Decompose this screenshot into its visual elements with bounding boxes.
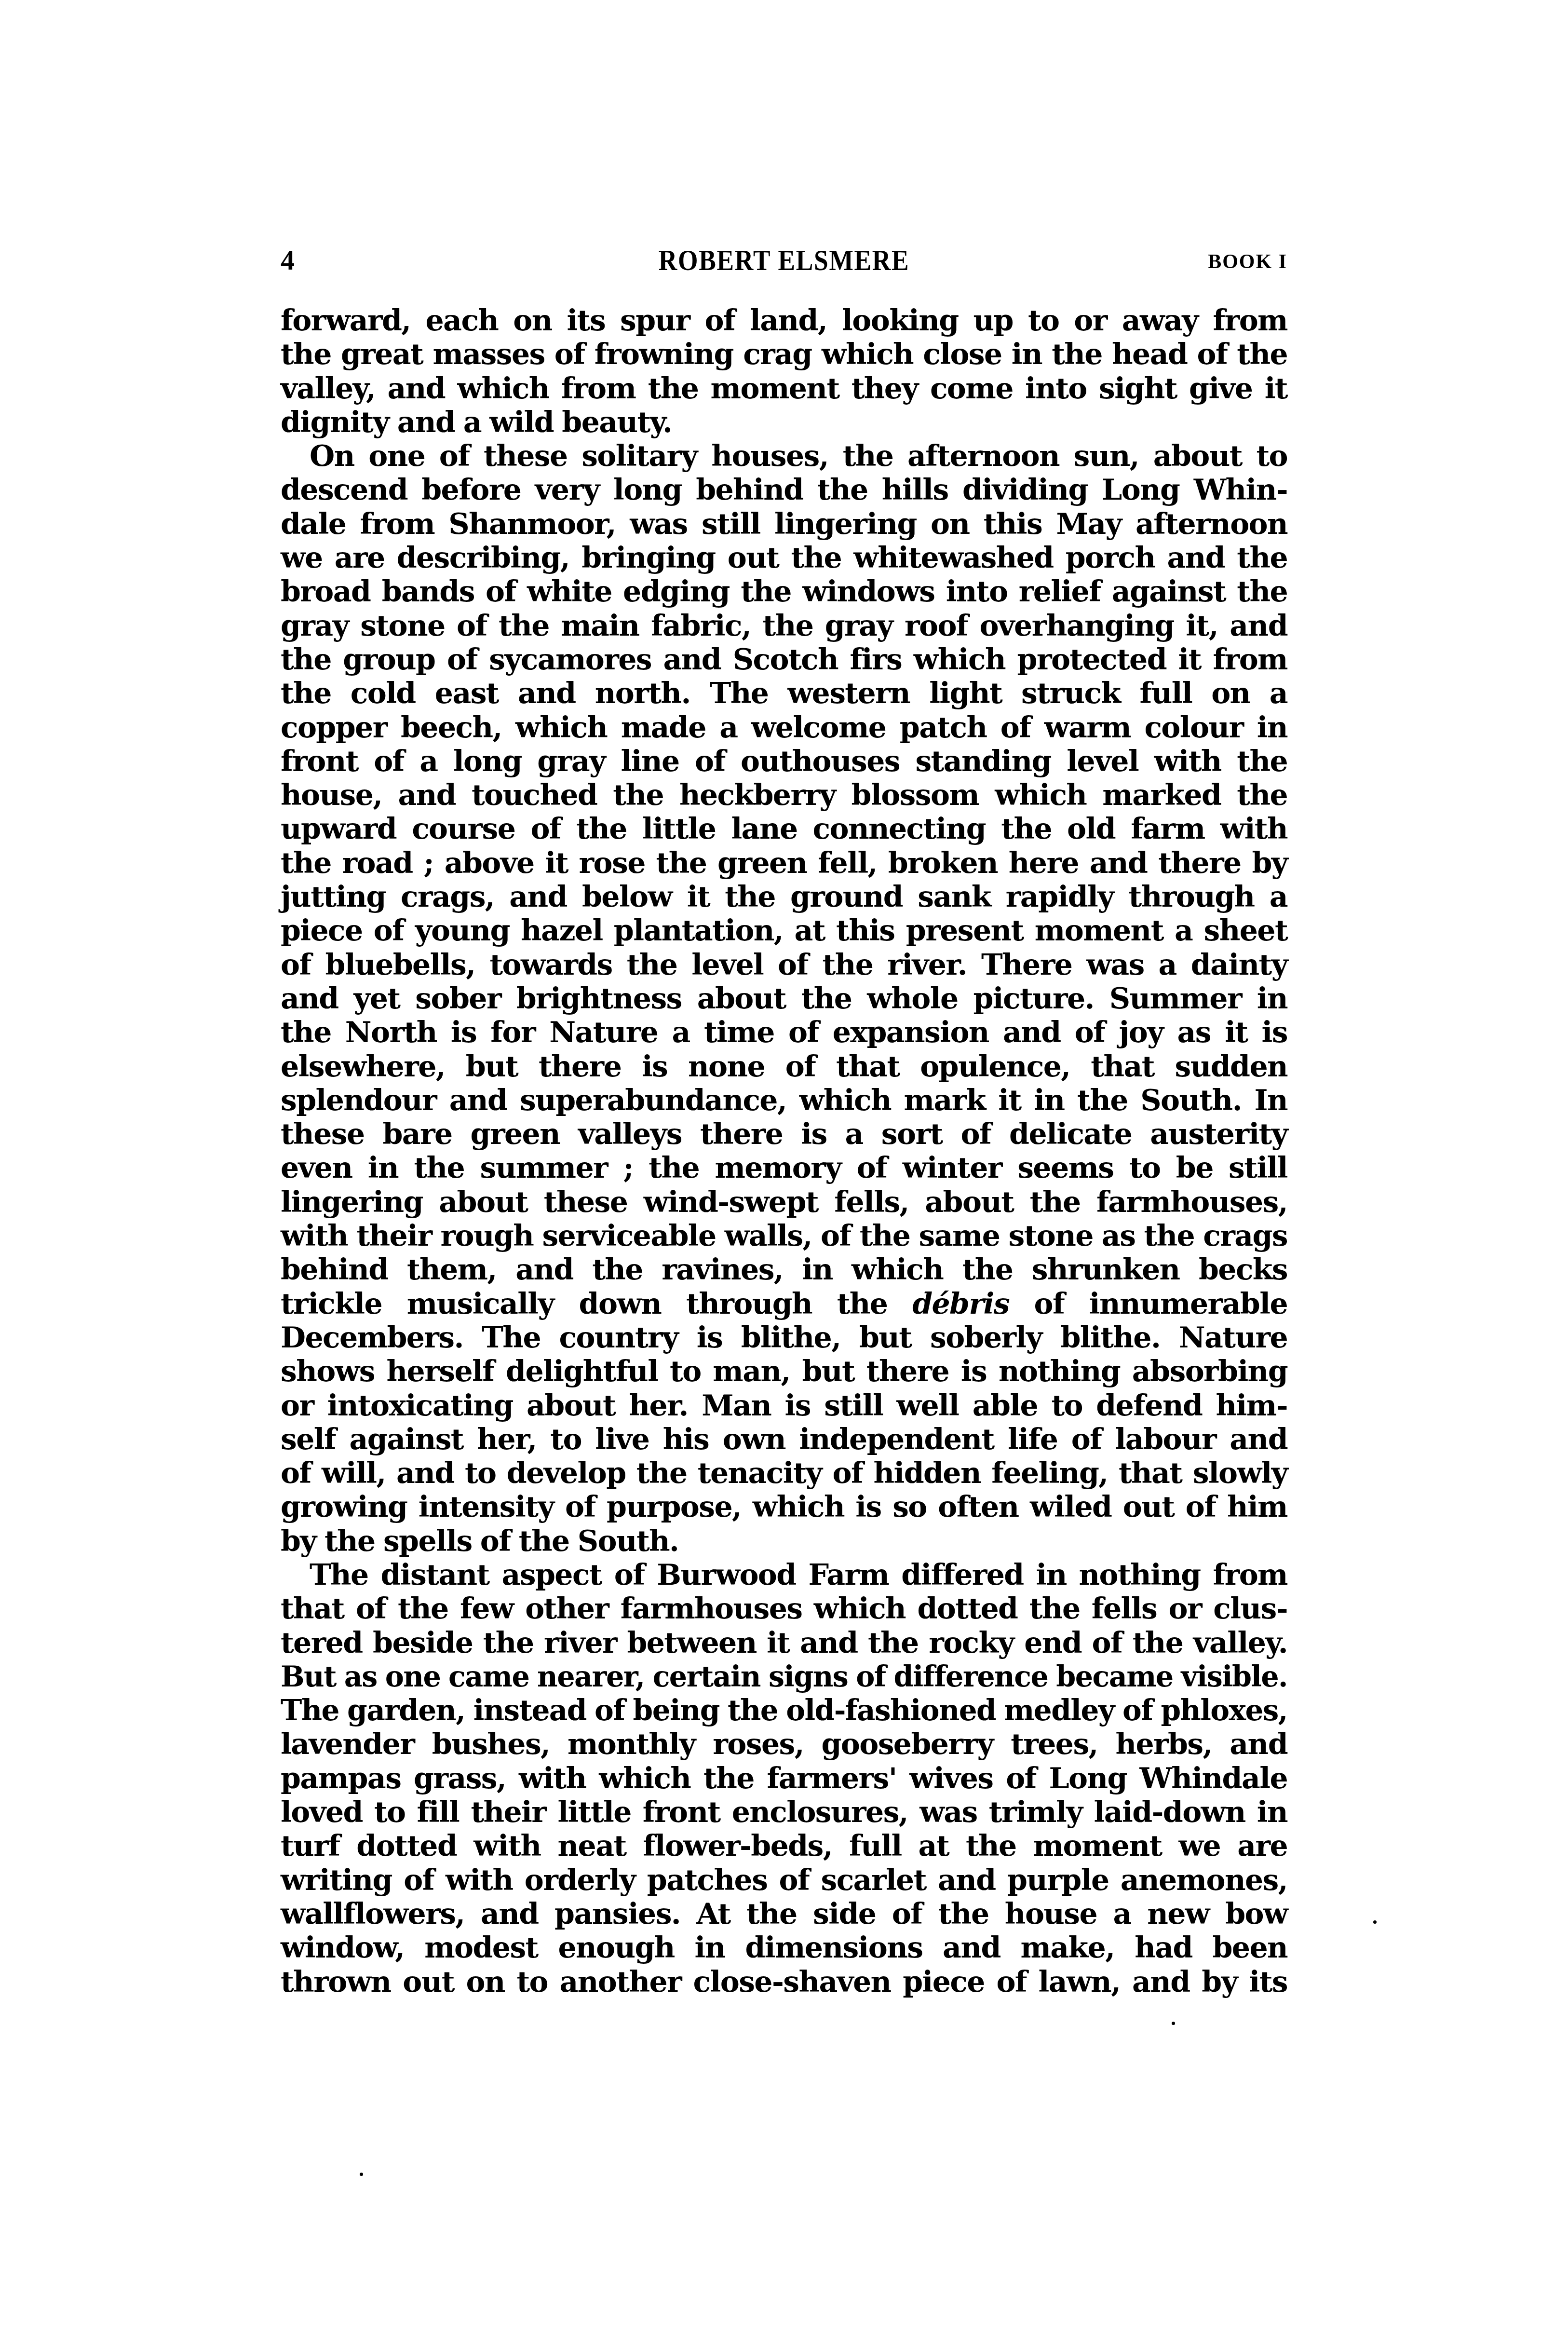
text-line: and yet sober brightness about the whole… (281, 982, 1287, 1016)
text-line-content: dale from Shanmoor, was still lingering … (281, 507, 1287, 541)
text-line: The distant aspect of Burwood Farm diffe… (281, 1558, 1287, 1592)
text-line: behind them, and the ravines, in which t… (281, 1253, 1287, 1287)
text-line: dignity and a wild beauty. (281, 406, 1287, 439)
text-line-content: even in the summer ; the memory of winte… (281, 1151, 1287, 1185)
page-number: 4 (281, 244, 295, 277)
text-line: front of a long gray line of outhouses s… (281, 745, 1287, 778)
text-line-content: thrown out on to another close-shaven pi… (281, 1965, 1287, 1999)
text-line: broad bands of white edging the windows … (281, 575, 1287, 609)
text-line-content: we are describing, bringing out the whit… (281, 541, 1287, 575)
text-line: house, and touched the heckberry blossom… (281, 778, 1287, 812)
text-line: even in the summer ; the memory of winte… (281, 1151, 1287, 1185)
running-header: 4 ROBERT ELSMERE BOOK I (281, 244, 1287, 277)
body-text: forward, each on its spur of land, looki… (281, 304, 1287, 1999)
text-line-content: copper beech, which made a welcome patch… (281, 711, 1287, 745)
text-line: lingering about these wind-swept fells, … (281, 1185, 1287, 1219)
text-line-content: window, modest enough in dimensions and … (281, 1931, 1287, 1965)
text-line: that of the few other farmhouses which d… (281, 1592, 1287, 1626)
text-line: wallflowers, and pansies. At the side of… (281, 1897, 1287, 1931)
text-line: turf dotted with neat flower-beds, full … (281, 1829, 1287, 1863)
text-line: copper beech, which made a welcome patch… (281, 711, 1287, 745)
text-line-content: On one of these solitary houses, the aft… (310, 439, 1287, 473)
book-page: 4 ROBERT ELSMERE BOOK I forward, each on… (0, 0, 1568, 2352)
text-line-content: of innumerable (1034, 1287, 1287, 1321)
text-line: loved to fill their little front enclosu… (281, 1795, 1287, 1829)
text-line-content: Decembers. The country is blithe, but so… (281, 1321, 1287, 1355)
text-line-content: piece of young hazel plantation, at this… (281, 914, 1287, 948)
text-line-content: front of a long gray line of outhouses s… (281, 745, 1287, 778)
text-line-content: The distant aspect of Burwood Farm diffe… (310, 1558, 1287, 1592)
text-line-content: with their rough serviceable walls, of t… (281, 1219, 1287, 1253)
text-line: dale from Shanmoor, was still lingering … (281, 507, 1287, 541)
text-line: gray stone of the main fabric, the gray … (281, 609, 1287, 643)
text-line-content: descend before very long behind the hill… (281, 473, 1287, 507)
text-line-content: behind them, and the ravines, in which t… (281, 1253, 1287, 1287)
text-line-content: pampas grass, with which the farmers' wi… (281, 1762, 1287, 1795)
text-line-content: house, and touched the heckberry blossom… (281, 778, 1287, 812)
text-line-content: valley, and which from the moment they c… (281, 372, 1287, 406)
text-line: by the spells of the South. (281, 1524, 1287, 1558)
text-line-content: by the spells of the South. (281, 1524, 678, 1558)
text-line: the cold east and north. The western lig… (281, 677, 1287, 710)
text-line: with their rough serviceable walls, of t… (281, 1219, 1287, 1253)
text-line: Decembers. The country is blithe, but so… (281, 1321, 1287, 1355)
text-line: tered beside the river between it and th… (281, 1626, 1287, 1660)
text-line: window, modest enough in dimensions and … (281, 1931, 1287, 1965)
text-line-content: and yet sober brightness about the whole… (281, 982, 1287, 1016)
text-line-content: the great masses of frowning crag which … (281, 338, 1287, 371)
text-line-content: trickle musically down through the (281, 1287, 887, 1321)
text-line-content: the road ; above it rose the green fell,… (281, 846, 1287, 880)
text-line: pampas grass, with which the farmers' wi… (281, 1762, 1287, 1795)
text-line: lavender bushes, monthly roses, gooseber… (281, 1727, 1287, 1761)
text-line: elsewhere, but there is none of that opu… (281, 1050, 1287, 1084)
text-line: upward course of the little lane connect… (281, 812, 1287, 846)
text-line-content: these bare green valleys there is a sort… (281, 1117, 1287, 1151)
text-line-content: jutting crags, and below it the ground s… (281, 880, 1287, 914)
text-line-content: that of the few other farmhouses which d… (281, 1592, 1287, 1626)
text-line-content: turf dotted with neat flower-beds, full … (281, 1829, 1287, 1863)
text-line-content: or intoxicating about her. Man is still … (281, 1389, 1287, 1423)
scan-speck (1373, 1920, 1377, 1924)
text-line: The garden, instead of being the old-fas… (281, 1694, 1287, 1727)
text-line: the North is for Nature a time of expans… (281, 1016, 1287, 1049)
text-line: But as one came nearer, certain signs of… (281, 1660, 1287, 1694)
scan-speck (1172, 2022, 1175, 2025)
text-line: shows herself delightful to man, but the… (281, 1355, 1287, 1388)
text-line-content: self against her, to live his own indepe… (281, 1423, 1287, 1456)
book-label: BOOK I (1208, 246, 1287, 277)
text-line-content: shows herself delightful to man, but the… (281, 1355, 1287, 1388)
text-line: the road ; above it rose the green fell,… (281, 846, 1287, 880)
text-line: descend before very long behind the hill… (281, 473, 1287, 507)
text-line-content: lavender bushes, monthly roses, gooseber… (281, 1727, 1287, 1761)
text-line-content: of bluebells, towards the level of the r… (281, 948, 1287, 982)
text-line-content: growing intensity of purpose, which is s… (281, 1490, 1287, 1524)
text-line-content: lingering about these wind-swept fells, … (281, 1185, 1287, 1219)
text-line: we are describing, bringing out the whit… (281, 541, 1287, 575)
text-line-content: elsewhere, but there is none of that opu… (281, 1050, 1287, 1084)
text-line: these bare green valleys there is a sort… (281, 1117, 1287, 1151)
text-line-content: splendour and superabundance, which mark… (281, 1084, 1287, 1117)
text-line: the group of sycamores and Scotch firs w… (281, 643, 1287, 677)
text-line-content: The garden, instead of being the old-fas… (281, 1694, 1287, 1727)
text-line: of will, and to develop the tenacity of … (281, 1456, 1287, 1490)
text-line: On one of these solitary houses, the aft… (281, 439, 1287, 473)
text-line-content: loved to fill their little front enclosu… (281, 1795, 1287, 1829)
text-line-content: wallflowers, and pansies. At the side of… (281, 1897, 1287, 1931)
text-line-content: of will, and to develop the tenacity of … (281, 1456, 1287, 1490)
text-line-content: gray stone of the main fabric, the gray … (281, 609, 1287, 643)
text-line: self against her, to live his own indepe… (281, 1423, 1287, 1456)
italic-word: débris (912, 1287, 1009, 1321)
text-line: valley, and which from the moment they c… (281, 372, 1287, 406)
running-title: ROBERT ELSMERE (351, 244, 1217, 277)
text-line-content: dignity and a wild beauty. (281, 406, 672, 439)
text-line: or intoxicating about her. Man is still … (281, 1389, 1287, 1423)
text-line-content: the cold east and north. The western lig… (281, 677, 1287, 710)
text-line: of bluebells, towards the level of the r… (281, 948, 1287, 982)
text-line-content: forward, each on its spur of land, looki… (281, 304, 1287, 338)
text-line: trickle musically down through the débri… (281, 1287, 1287, 1321)
scan-speck (360, 2173, 363, 2176)
text-line-content: the North is for Nature a time of expans… (281, 1016, 1287, 1049)
text-line: jutting crags, and below it the ground s… (281, 880, 1287, 914)
text-line-content: tered beside the river between it and th… (281, 1626, 1287, 1660)
text-line-content: But as one came nearer, certain signs of… (281, 1660, 1287, 1694)
text-line-content: writing of with orderly patches of scarl… (281, 1863, 1287, 1897)
text-line: the great masses of frowning crag which … (281, 338, 1287, 371)
text-line: piece of young hazel plantation, at this… (281, 914, 1287, 948)
text-line-content: the group of sycamores and Scotch firs w… (281, 643, 1287, 677)
text-line-content: broad bands of white edging the windows … (281, 575, 1287, 609)
text-line-content: upward course of the little lane connect… (281, 812, 1287, 846)
text-line: splendour and superabundance, which mark… (281, 1084, 1287, 1117)
text-line: growing intensity of purpose, which is s… (281, 1490, 1287, 1524)
text-line: thrown out on to another close-shaven pi… (281, 1965, 1287, 1999)
text-line: writing of with orderly patches of scarl… (281, 1863, 1287, 1897)
text-line: forward, each on its spur of land, looki… (281, 304, 1287, 338)
